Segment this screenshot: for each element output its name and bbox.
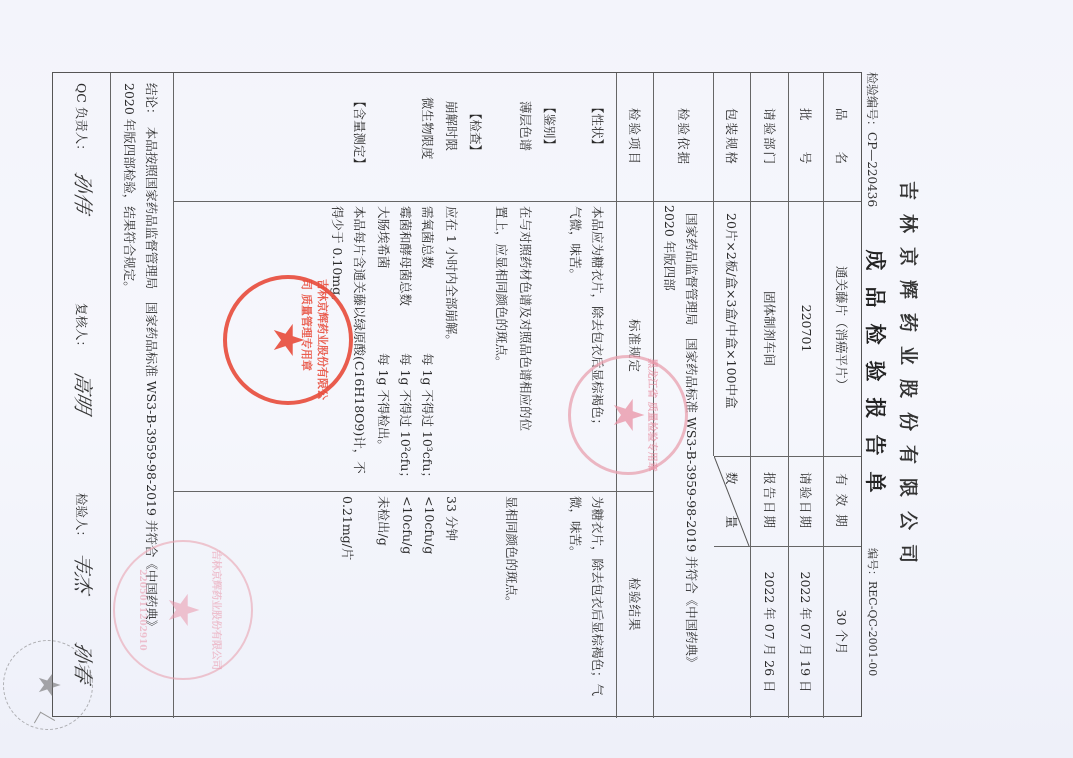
- batch-value: 220701: [789, 201, 824, 456]
- ecoli-standard: 每 1g 不得检出。: [375, 353, 393, 452]
- aerobic-count-result: <10cfu/g: [422, 496, 437, 554]
- result-header: 检验结果: [617, 491, 654, 718]
- validity-value: 30 个月: [824, 546, 861, 718]
- inspector-signature-1: 韦杰: [70, 550, 99, 596]
- microbial-label: 微生物限度: [419, 97, 437, 160]
- ecoli-name: 大肠埃希菌: [375, 206, 393, 269]
- quality-control-stamp: ★ 吉林京辉药业股份有限公司 质量管理专用章: [223, 275, 353, 405]
- star-icon: ★: [33, 672, 63, 699]
- mold-yeast-name: 霉菌和酵母菌总数: [397, 206, 415, 306]
- tlc-result: 显相同颜色的斑点。: [503, 496, 521, 609]
- ecoli-result: 未检出/g: [375, 496, 393, 546]
- basis-label: 检验依据: [654, 73, 714, 201]
- qc-manager-signature: 孙伟: [70, 170, 99, 216]
- star-icon: ★: [162, 591, 204, 629]
- tlc-label: 薄层色谱: [517, 101, 535, 151]
- aerobic-count-name: 需氧菌总数: [419, 206, 437, 269]
- form-number: 编号：REC-QC-2001-00: [865, 548, 881, 676]
- inspector-label: 检验人：: [73, 493, 91, 543]
- assay-result: 0.21mg/片: [339, 496, 357, 560]
- batch-label: 批 号: [789, 73, 824, 201]
- mold-yeast-standard: 每 1g 不得过 10²cfu；: [397, 353, 415, 484]
- product-name-label: 品 名: [824, 73, 861, 201]
- validity-label: 有 效 期: [824, 456, 861, 546]
- basis-line-1: 国家药品监督管理局 国家药品标准 WS3-B-3959-98-2019 并符合《…: [683, 213, 701, 669]
- qc-manager-label: QC 负责人：: [73, 83, 91, 157]
- tlc-standard-2: 置上，应显相同颜色的斑点。: [493, 206, 511, 369]
- check-label: 【检查】: [467, 107, 485, 157]
- dept-label: 请验部门: [751, 73, 789, 201]
- product-name-value: 通关藤片（消癌平片）: [824, 201, 861, 456]
- dept-value: 固体制剂车间: [751, 201, 789, 456]
- reviewer-label: 复核人：: [73, 303, 91, 353]
- reviewer-signature: 高明: [70, 370, 99, 416]
- character-label: 【性状】: [589, 101, 607, 151]
- character-result-1: 为糖衣片，除去包衣后显棕褐色；气: [589, 496, 607, 696]
- star-icon: ★: [607, 396, 649, 434]
- inspection-stamp: ★ 黑龙江省 质量检验专用章: [568, 355, 688, 475]
- package-label: 包装规格: [714, 73, 751, 201]
- quantity-label: 数 量: [714, 456, 751, 546]
- inspection-report-page: 吉林京辉药业股份有限公司 成品检验报告单 检验编号：CP—220436 编号：R…: [0, 0, 1073, 758]
- tlc-standard-1: 在与对照药材色谱及对照品色谱相应的位: [517, 206, 535, 431]
- basis-line-2: 2020 年版四部: [661, 205, 679, 291]
- assay-label: 【含量测定】: [351, 95, 369, 170]
- inspection-number: 检验编号：CP—220436: [864, 72, 881, 207]
- conclusion-line-2: 2020 年版四部检验，结果符合规定。: [121, 83, 139, 294]
- request-date-value: 2022 年 07 月 19 日: [789, 546, 824, 718]
- character-result-2: 微，味苦。: [567, 496, 585, 559]
- character-standard-2: 气微，味苦。: [567, 206, 585, 281]
- company-name: 吉林京辉药业股份有限公司: [896, 0, 923, 758]
- assay-standard-1: 本品每片含通关藤以绿原酸(C16H18O9)计，不: [351, 206, 369, 474]
- disintegration-result: 33 分钟: [443, 496, 461, 541]
- item-header: 检验项目: [617, 73, 654, 201]
- package-value: 20片×2板/盒×3盒/中盒×100中盒: [714, 213, 751, 456]
- disintegration-label: 崩解时限: [443, 101, 461, 151]
- request-date-label: 请验日期: [789, 456, 824, 546]
- report-date-value: 2022 年 07 月 26 日: [751, 546, 789, 718]
- aerobic-count-standard: 每 1g 不得过 10³cfu；: [419, 353, 437, 484]
- disintegration-standard: 应在 1 小时内全部崩解。: [443, 206, 461, 347]
- mold-yeast-result: <10cfu/g: [400, 496, 415, 554]
- identification-label: 【鉴别】: [541, 101, 559, 151]
- report-date-label: 报告日期: [751, 456, 789, 546]
- company-seal: ★ 吉林京辉药业股份有限公司 2205011202910: [113, 540, 253, 680]
